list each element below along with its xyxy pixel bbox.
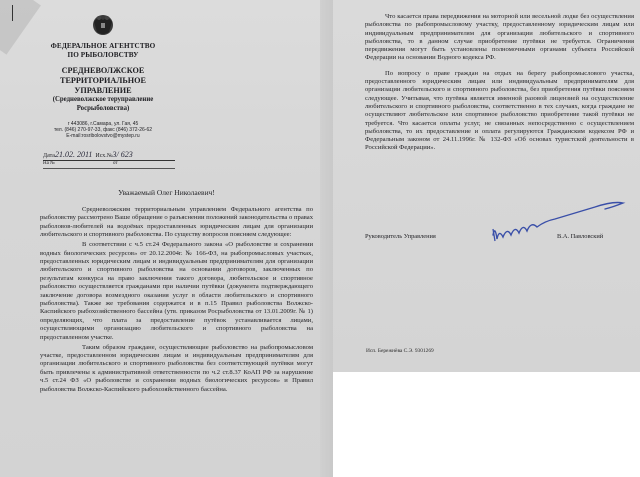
in-reply-label: На № [43, 161, 55, 166]
paragraph: Что касается права передвижения на мотор… [365, 13, 634, 63]
incoming-reference: На № от [43, 161, 175, 169]
department-short-name: (Средневолжское теруправление Росрыболов… [38, 96, 168, 113]
from-label: от [113, 161, 118, 166]
double-headed-eagle-icon [90, 12, 116, 38]
date-value: 21.02. 2011 [55, 150, 92, 159]
dept-line-3: УПРАВЛЕНИЕ [38, 86, 168, 96]
executor-note: Исп. Бережнёва С.Э. 9301269 [366, 348, 434, 354]
page-shadow [0, 0, 41, 55]
out-number-value: 3/ 623 [113, 150, 133, 159]
dept-short-2: Росрыболовства) [38, 105, 168, 114]
edge-mark [12, 5, 13, 21]
agency-line-2: ПО РЫБОЛОВСТВУ [38, 51, 168, 60]
contact-block: г 443086, г.Самара, ул. Гая, 45 тел. (84… [38, 121, 168, 140]
agency-name: ФЕДЕРАЛЬНОЕ АГЕНТСТВО ПО РЫБОЛОВСТВУ [38, 42, 168, 60]
signatory-title: Руководитель Управления [365, 233, 436, 240]
dept-short-1: (Средневолжское теруправление [38, 96, 168, 105]
paragraph: По вопросу о праве граждан на отдых на б… [365, 70, 634, 153]
out-number-label: Исх.№ [95, 153, 112, 159]
outgoing-reference: Дата21.02. 2011 Исх.№3/ 623 [43, 150, 175, 161]
email-address: E-mail:rosribolovstvo@mystep.ru [38, 133, 168, 139]
paragraph: Средневолжским территориальным управлени… [40, 206, 313, 240]
letterhead: ФЕДЕРАЛЬНОЕ АГЕНТСТВО ПО РЫБОЛОВСТВУ СРЕ… [38, 12, 168, 140]
letter-page-1: ФЕДЕРАЛЬНОЕ АГЕНТСТВО ПО РЫБОЛОВСТВУ СРЕ… [0, 0, 333, 477]
date-label: Дата [43, 153, 55, 159]
salutation: Уважаемый Олег Николаевич! [0, 188, 333, 197]
letter-body-page-2: Что касается права передвижения на мотор… [365, 13, 634, 160]
signatory-name: В.А. Павловский [557, 233, 603, 240]
paragraph: В соответствии с ч.5 ст.24 Федерального … [40, 241, 313, 342]
page-fold-edge [320, 0, 333, 477]
agency-line-1: ФЕДЕРАЛЬНОЕ АГЕНТСТВО [38, 42, 168, 51]
letter-page-2: Что касается права передвижения на мотор… [333, 0, 640, 372]
department-name: СРЕДНЕВОЛЖСКОЕ ТЕРРИТОРИАЛЬНОЕ УПРАВЛЕНИ… [38, 66, 168, 96]
paragraph: Таким образом граждане, осуществляющие р… [40, 344, 313, 394]
dept-line-1: СРЕДНЕВОЛЖСКОЕ [38, 66, 168, 76]
blank-area [333, 372, 640, 477]
letter-body-page-1: Средневолжским территориальным управлени… [40, 206, 313, 395]
dept-line-2: ТЕРРИТОРИАЛЬНОЕ [38, 76, 168, 86]
